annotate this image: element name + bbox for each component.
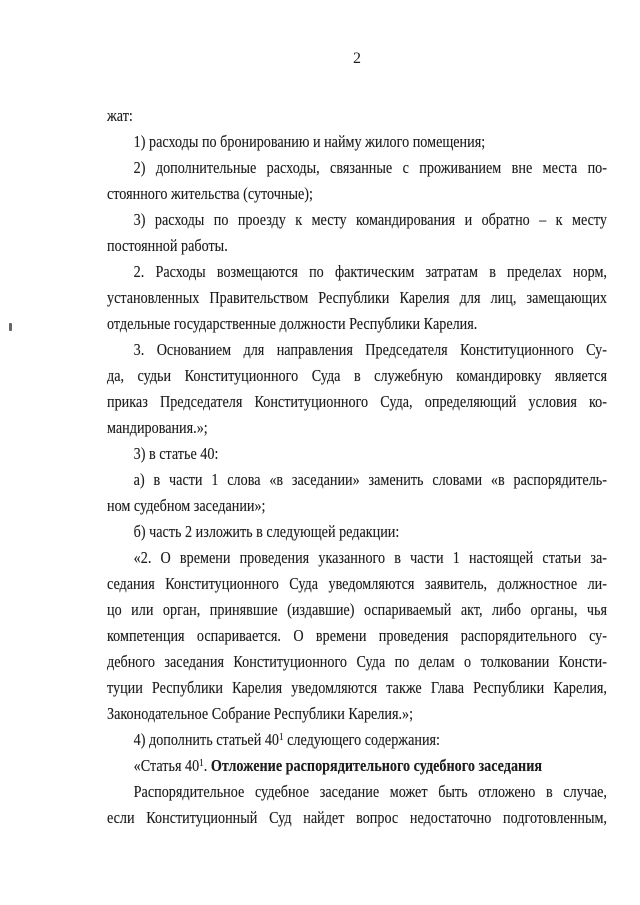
text-line: 2. Расходы возмещаются по фактическим за… — [107, 259, 607, 285]
text-segment: установленных Правительством Республики … — [107, 288, 607, 307]
text-segment: да, судьи Конституционного Суда в служеб… — [107, 366, 607, 385]
text-line: 3) расходы по проезду к месту командиров… — [107, 207, 607, 233]
text-line: а) в части 1 слова «в заседании» заменит… — [107, 467, 607, 493]
text-segment: 1) расходы по бронированию и найму жилог… — [134, 132, 486, 151]
page-number: 2 — [107, 50, 607, 68]
text-segment: «Статья 40 — [134, 756, 200, 775]
text-line: седания Конституционного Суда уведомляют… — [107, 571, 607, 597]
text-segment: если Конституционный Суд найдет вопрос н… — [107, 808, 607, 827]
text-segment: мандирования.»; — [107, 418, 208, 437]
text-segment: 2) дополнительные расходы, связанные с п… — [134, 158, 607, 177]
text-line: цо или орган, принявшие (издавшие) оспар… — [107, 597, 607, 623]
text-line: если Конституционный Суд найдет вопрос н… — [107, 805, 607, 831]
text-segment: 3. Основанием для направления Председате… — [134, 340, 607, 359]
text-segment: 4) дополнить статьей 40 — [134, 730, 279, 749]
text-segment: туции Республики Карелия уведомляются та… — [107, 678, 607, 697]
text-line: «2. О времени проведения указанного в ча… — [107, 545, 607, 571]
text-segment: постоянной работы. — [107, 236, 228, 255]
text-segment: Распорядительное судебное заседание може… — [134, 782, 607, 801]
text-line: установленных Правительством Республики … — [107, 285, 607, 311]
text-line: отдельные государственные должности Респ… — [107, 311, 607, 337]
text-segment: 2. Расходы возмещаются по фактическим за… — [134, 262, 607, 281]
text-segment: жат: — [107, 106, 133, 125]
text-segment: . — [204, 756, 211, 775]
document-page: { "page": { "number": "2" }, "colors": {… — [0, 0, 640, 905]
text-segment: цо или орган, принявшие (издавшие) оспар… — [107, 600, 607, 619]
text-segment: приказ Председателя Конституционного Суд… — [107, 392, 607, 411]
text-line: да, судьи Конституционного Суда в служеб… — [107, 363, 607, 389]
text-segment: «2. О времени проведения указанного в ча… — [134, 548, 607, 567]
text-line: дебного заседания Конституционного Суда … — [107, 649, 607, 675]
text-segment: дебного заседания Конституционного Суда … — [107, 652, 607, 671]
text-line: туции Республики Карелия уведомляются та… — [107, 675, 607, 701]
text-segment: Законодательное Собрание Республики Каре… — [107, 704, 413, 723]
text-segment: 3) в статье 40: — [134, 444, 219, 463]
scan-artifact — [9, 323, 12, 331]
text-segment: ном судебном заседании»; — [107, 496, 266, 515]
text-line: приказ Председателя Конституционного Суд… — [107, 389, 607, 415]
text-line: мандирования.»; — [107, 415, 607, 441]
text-line: жат: — [107, 103, 607, 129]
text-line: «Статья 401. Отложение распорядительного… — [107, 753, 607, 779]
text-segment: а) в части 1 слова «в заседании» заменит… — [134, 470, 607, 489]
bold-text: Отложение распорядительного судебного за… — [211, 756, 542, 775]
text-line: постоянной работы. — [107, 233, 607, 259]
text-segment: б) часть 2 изложить в следующей редакции… — [134, 522, 400, 541]
document-body: жат:1) расходы по бронированию и найму ж… — [107, 103, 607, 831]
text-segment: следующего содержания: — [284, 730, 440, 749]
text-segment: компетенция оспаривается. О времени пров… — [107, 626, 607, 645]
text-segment: 3) расходы по проезду к месту командиров… — [134, 210, 607, 229]
text-line: 3) в статье 40: — [107, 441, 607, 467]
text-line: Законодательное Собрание Республики Каре… — [107, 701, 607, 727]
text-segment: седания Конституционного Суда уведомляют… — [107, 574, 607, 593]
text-line: Распорядительное судебное заседание може… — [107, 779, 607, 805]
text-line: ном судебном заседании»; — [107, 493, 607, 519]
text-line: б) часть 2 изложить в следующей редакции… — [107, 519, 607, 545]
text-line: 1) расходы по бронированию и найму жилог… — [107, 129, 607, 155]
text-segment: отдельные государственные должности Респ… — [107, 314, 477, 333]
text-line: компетенция оспаривается. О времени пров… — [107, 623, 607, 649]
text-line: 3. Основанием для направления Председате… — [107, 337, 607, 363]
text-segment: стоянного жительства (суточные); — [107, 184, 313, 203]
text-line: стоянного жительства (суточные); — [107, 181, 607, 207]
text-line: 4) дополнить статьей 401 следующего соде… — [107, 727, 607, 753]
text-line: 2) дополнительные расходы, связанные с п… — [107, 155, 607, 181]
